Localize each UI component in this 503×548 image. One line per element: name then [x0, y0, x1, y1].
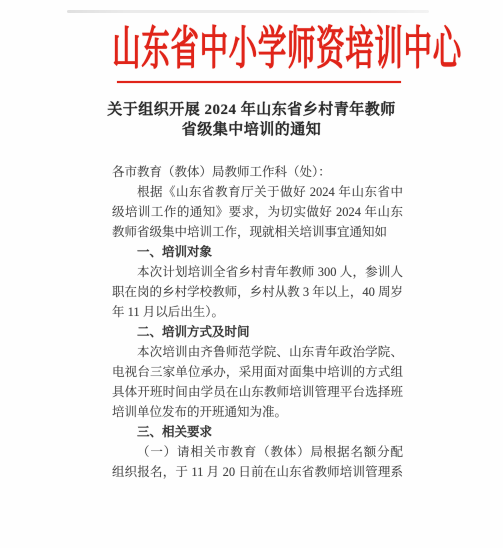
section-heading: 二、培训方式及时间 [112, 322, 403, 342]
document-line: （一）请相关市教育（教体）局根据名额分配（附件 1） [112, 442, 403, 462]
page-top-edge [67, 10, 429, 13]
document-line: 各市教育（教体）局教师工作科（处）： [112, 162, 403, 182]
document-line: 根据《山东省教育厅关于做好 2024 年山东省中小学教师省 [112, 182, 403, 202]
document-line: 具体开班时间由学员在山东教师培训管理平台选择班级后，以 [112, 382, 403, 402]
document-page: 山东省中小学师资培训中心 关于组织开展 2024 年山东省乡村青年教师 省级集中… [0, 0, 503, 548]
document-line: 培训单位发布的开班通知为准。 [112, 402, 403, 422]
org-name: 山东省中小学师资培训中心 [112, 20, 462, 78]
section-heading: 一、培训对象 [112, 242, 403, 262]
document-line: 级培训工作的通知》要求，为切实做好 2024 年山东省乡村青年 [112, 202, 403, 222]
document-line: 电视台三家单位承办，采用面对面集中培训的方式组织实施， [112, 362, 403, 382]
title-line-2: 省级集中培训的通知 [0, 121, 503, 141]
document-line: 职在岗的乡村学校教师，乡村从教 3 年以上，40 周岁以下（1984 [112, 282, 403, 302]
letterhead-rule [117, 81, 401, 83]
document-line: 本次计划培训全省乡村青年教师 300 人，参训人员需为在 [112, 262, 403, 282]
letterhead: 山东省中小学师资培训中心 [5, 20, 503, 78]
document-line: 年 11 月以后出生）。 [112, 302, 403, 322]
title-line-1: 关于组织开展 2024 年山东省乡村青年教师 [0, 101, 503, 121]
section-heading: 三、相关要求 [112, 422, 403, 442]
document-title: 关于组织开展 2024 年山东省乡村青年教师 省级集中培训的通知 [0, 101, 503, 140]
document-body: 各市教育（教体）局教师工作科（处）：根据《山东省教育厅关于做好 2024 年山东… [112, 162, 403, 482]
document-line: 本次培训由齐鲁师范学院、山东青年政治学院、中国教育 [112, 342, 403, 362]
document-line: 教师省级集中培训工作，现就相关培训事宜通知如下： [112, 222, 403, 242]
document-line: 组织报名，于 11 月 20 日前在山东省教师培训管理系统 [112, 462, 403, 482]
